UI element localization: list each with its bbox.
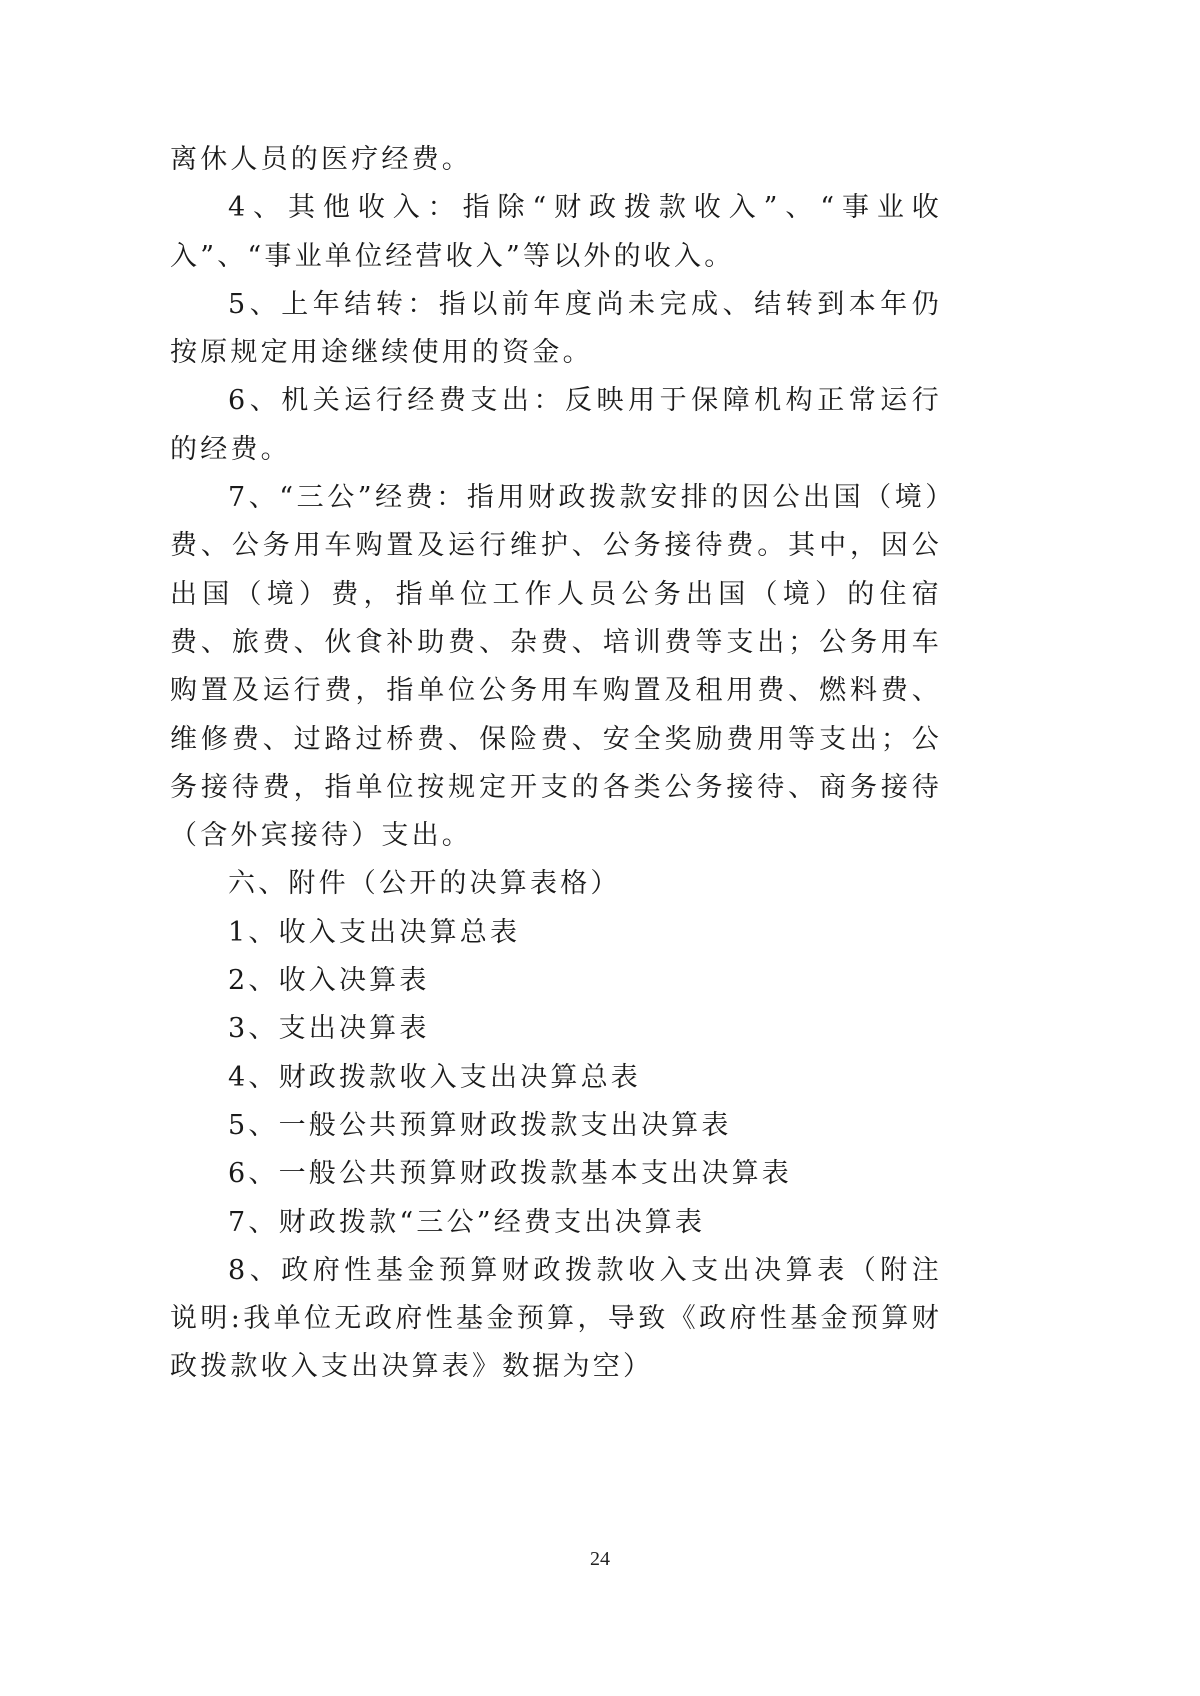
- attachment-item: 1、收入支出决算总表: [170, 909, 942, 957]
- paragraph-other-income: 4、其他收入：指除“财政拨款收入”、“事业收入”、“事业单位经营收入”等以外的收…: [170, 184, 942, 281]
- paragraph-three-public-expenses: 7、“三公”经费：指用财政拨款安排的因公出国（境）费、公务用车购置及运行维护、公…: [170, 474, 942, 860]
- attachment-item: 4、财政拨款收入支出决算总表: [170, 1054, 942, 1102]
- page-body: 离休人员的医疗经费。 4、其他收入：指除“财政拨款收入”、“事业收入”、“事业单…: [170, 136, 942, 1392]
- attachment-item: 2、收入决算表: [170, 957, 942, 1005]
- attachment-list: 1、收入支出决算总表 2、收入决算表 3、支出决算表 4、财政拨款收入支出决算总…: [170, 909, 942, 1392]
- attachment-item: 7、财政拨款“三公”经费支出决算表: [170, 1199, 942, 1247]
- attachment-item: 5、一般公共预算财政拨款支出决算表: [170, 1102, 942, 1150]
- page-number: 24: [0, 1548, 1200, 1571]
- attachment-item: 8、政府性基金预算财政拨款收入支出决算表（附注说明:我单位无政府性基金预算，导致…: [170, 1247, 942, 1392]
- section-heading-attachments: 六、附件（公开的决算表格）: [170, 860, 942, 908]
- paragraph-prior-year-carryover: 5、上年结转：指以前年度尚未完成、结转到本年仍按原规定用途继续使用的资金。: [170, 281, 942, 378]
- document-page: 离休人员的医疗经费。 4、其他收入：指除“财政拨款收入”、“事业收入”、“事业单…: [0, 0, 1200, 1696]
- attachment-item: 6、一般公共预算财政拨款基本支出决算表: [170, 1150, 942, 1198]
- attachment-item: 3、支出决算表: [170, 1005, 942, 1053]
- paragraph-operating-expenses: 6、机关运行经费支出：反映用于保障机构正常运行的经费。: [170, 377, 942, 474]
- paragraph-continuation: 离休人员的医疗经费。: [170, 136, 942, 184]
